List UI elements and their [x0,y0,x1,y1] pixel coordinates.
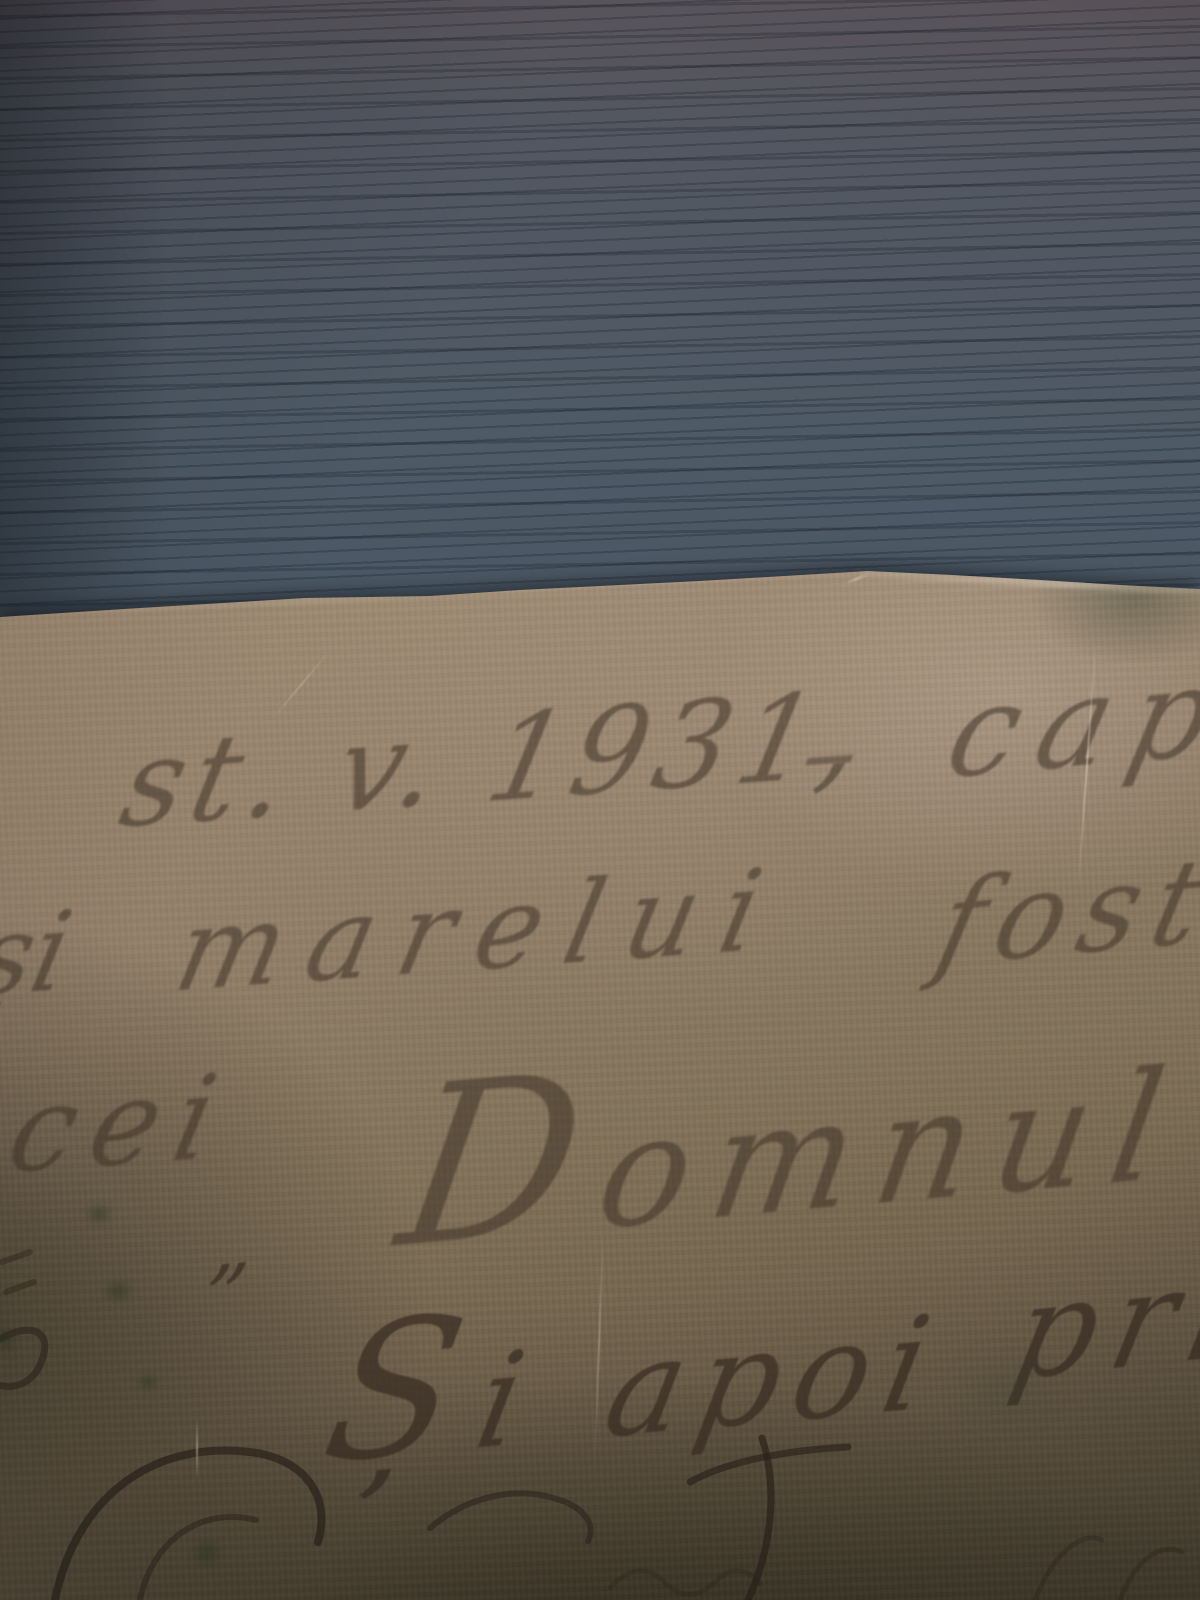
handwriting-line-3-word: icei [0,1049,243,1204]
stain-spot [94,1272,142,1310]
stain-spot [78,1198,120,1230]
photo-canvas: st. v. 1931, – capt și marelui fost icei… [0,0,1200,1600]
handwriting-line-2-word: fost [925,832,1200,994]
stain-smudge [930,1330,1080,1450]
stain-spot [130,1368,166,1396]
paper-document: st. v. 1931, – capt și marelui fost icei… [0,0,1200,1600]
stain-spot [184,1532,230,1574]
scratch-mark [196,1420,198,1480]
paper-shadow-wrapper: st. v. 1931, – capt și marelui fost icei… [0,0,1200,1600]
